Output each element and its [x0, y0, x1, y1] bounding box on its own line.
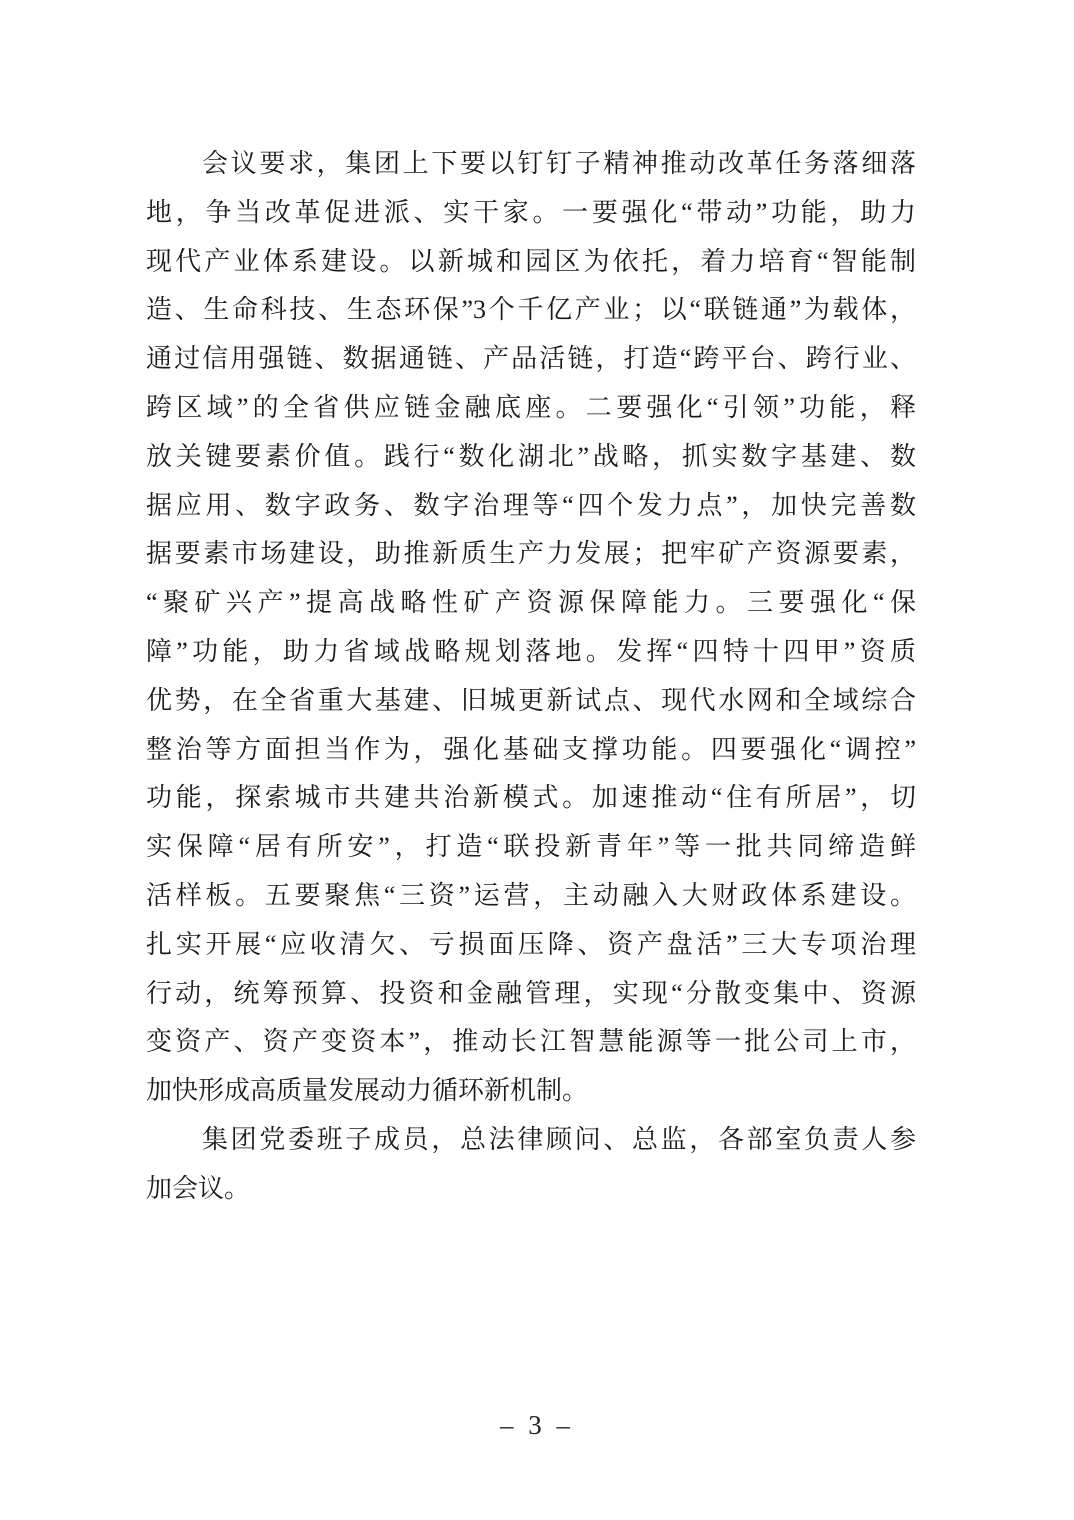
- text-line: 造、生命科技、生态环保”3个千亿产业；以“联链通”为载体，: [146, 286, 916, 335]
- text-line: 实保障“居有所安”，打造“联投新青年”等一批共同缔造鲜: [146, 823, 916, 872]
- text-line: 扎实开展“应收清欠、亏损面压降、资产盘活”三大专项治理: [146, 921, 916, 970]
- text-line: 加会议。: [146, 1165, 916, 1214]
- text-line: 通过信用强链、数据通链、产品活链，打造“跨平台、跨行业、: [146, 335, 916, 384]
- text-line: 据要素市场建设，助推新质生产力发展；把牢矿产资源要素，: [146, 530, 916, 579]
- text-line: 功能，探索城市共建共治新模式。加速推动“住有所居”，切: [146, 774, 916, 823]
- text-line: 整治等方面担当作为，强化基础支撑功能。四要强化“调控”: [146, 726, 916, 775]
- text-line: 放关键要素价值。践行“数化湖北”战略，抓实数字基建、数: [146, 433, 916, 482]
- text-line: 集团党委班子成员，总法律顾问、总监，各部室负责人参: [146, 1116, 916, 1165]
- text-line: 地，争当改革促进派、实干家。一要强化“带动”功能，助力: [146, 189, 916, 238]
- document-body: 会议要求，集团上下要以钉钉子精神推动改革任务落细落地，争当改革促进派、实干家。一…: [146, 140, 916, 1214]
- text-line: 加快形成高质量发展动力循环新机制。: [146, 1067, 916, 1116]
- text-line: 障”功能，助力省域战略规划落地。发挥“四特十四甲”资质: [146, 628, 916, 677]
- text-line: 会议要求，集团上下要以钉钉子精神推动改革任务落细落: [146, 140, 916, 189]
- text-line: 优势，在全省重大基建、旧城更新试点、现代水网和全域综合: [146, 677, 916, 726]
- text-line: 变资产、资产变资本”，推动长江智慧能源等一批公司上市，: [146, 1018, 916, 1067]
- text-line: 活样板。五要聚焦“三资”运营，主动融入大财政体系建设。: [146, 872, 916, 921]
- text-line: 据应用、数字政务、数字治理等“四个发力点”，加快完善数: [146, 482, 916, 531]
- document-page: 会议要求，集团上下要以钉钉子精神推动改革任务落细落地，争当改革促进派、实干家。一…: [0, 0, 1074, 1520]
- text-line: 跨区域”的全省供应链金融底座。二要强化“引领”功能，释: [146, 384, 916, 433]
- text-line: 行动，统筹预算、投资和金融管理，实现“分散变集中、资源: [146, 970, 916, 1019]
- text-line: “聚矿兴产”提高战略性矿产资源保障能力。三要强化“保: [146, 579, 916, 628]
- page-number: – 3 –: [0, 1405, 1074, 1445]
- text-line: 现代产业体系建设。以新城和园区为依托，着力培育“智能制: [146, 238, 916, 287]
